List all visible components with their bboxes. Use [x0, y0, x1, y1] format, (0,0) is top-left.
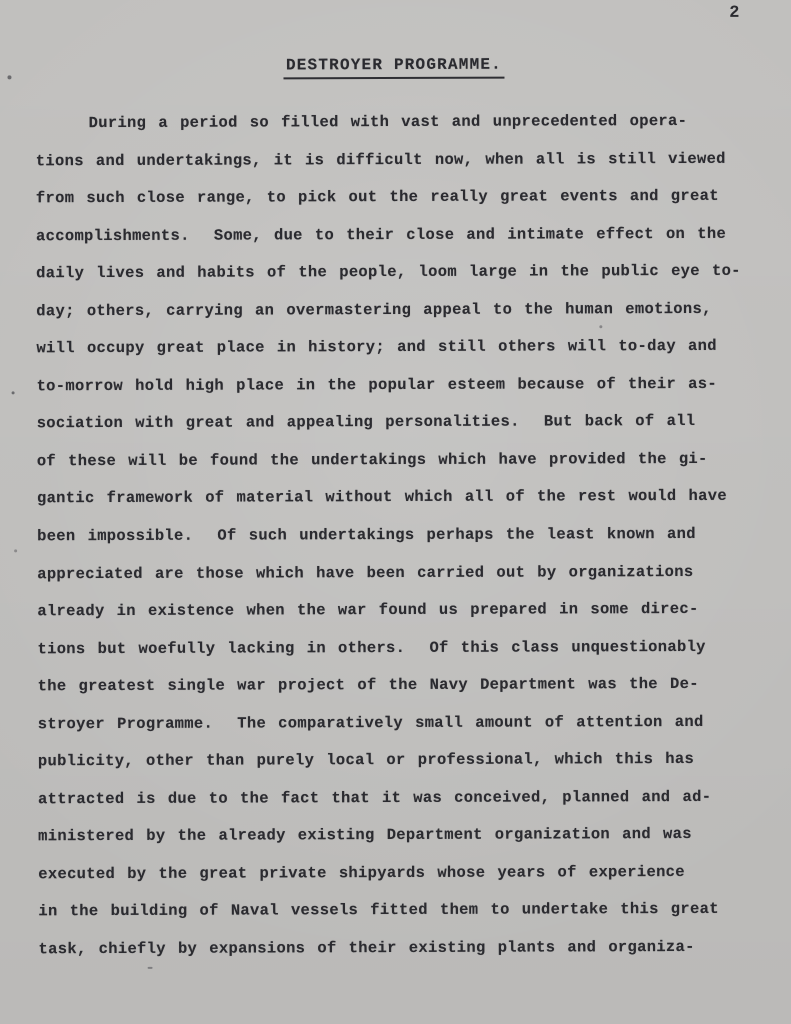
text-line: appreciated are those which have been ca… — [37, 562, 753, 602]
text-line: gantic framework of material without whi… — [37, 487, 753, 527]
scanned-document-page: 2 DESTROYER PROGRAMME. During a period s… — [0, 0, 791, 1024]
text-line: the greatest single war project of the N… — [38, 675, 754, 715]
scan-speck — [599, 325, 602, 328]
text-line: of these will be found the undertakings … — [37, 450, 753, 490]
text-line: executed by the great private shipyards … — [38, 863, 754, 903]
document-title: DESTROYER PROGRAMME. — [284, 56, 504, 80]
text-line: accomplishments. Some, due to their clos… — [36, 224, 752, 264]
page-number: 2 — [729, 4, 740, 23]
text-line: from such close range, to pick out the r… — [36, 187, 752, 227]
scan-speck — [12, 391, 15, 394]
page-content: 2 DESTROYER PROGRAMME. During a period s… — [0, 0, 791, 1024]
text-line: tions but woefully lacking in others. Of… — [37, 637, 753, 677]
text-line: task, chiefly by expansions of their exi… — [38, 938, 754, 978]
scan-speck — [7, 75, 11, 79]
scan-speck — [148, 967, 153, 969]
text-line: sociation with great and appealing perso… — [37, 412, 753, 452]
text-line: day; others, carrying an overmastering a… — [36, 299, 752, 339]
text-line: been impossible. Of such undertakings pe… — [37, 525, 753, 565]
text-line: to-morrow hold high place in the popular… — [37, 375, 753, 415]
text-line: will occupy great place in history; and … — [36, 337, 752, 377]
text-line: publicity, other than purely local or pr… — [38, 750, 754, 790]
title-row: DESTROYER PROGRAMME. — [0, 55, 789, 81]
text-line: in the building of Naval vessels fitted … — [38, 900, 754, 940]
document-body: During a period so filled with vast and … — [36, 112, 755, 978]
text-line: attracted is due to the fact that it was… — [38, 788, 754, 828]
text-line: daily lives and habits of the people, lo… — [36, 262, 752, 302]
text-line: already in existence when the war found … — [37, 600, 753, 640]
text-line: tions and undertakings, it is difficult … — [36, 149, 752, 189]
scan-speck — [14, 549, 17, 552]
text-line: stroyer Programme. The comparatively sma… — [38, 713, 754, 753]
text-line: ministered by the already existing Depar… — [38, 825, 754, 865]
text-line: During a period so filled with vast and … — [36, 112, 752, 152]
